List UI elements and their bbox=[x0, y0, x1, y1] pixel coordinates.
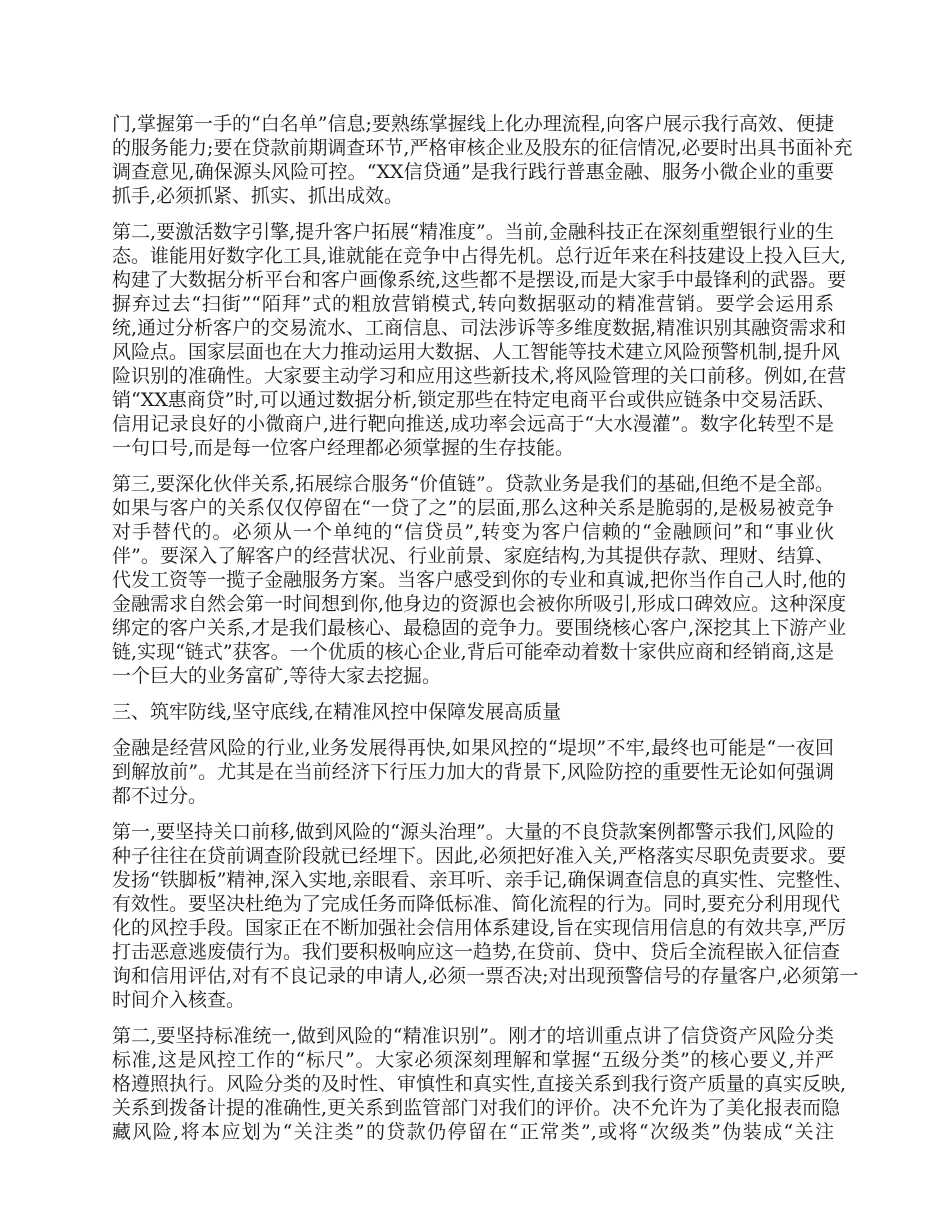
text-line: 第三,要深化伙伴关系,拓展综合服务“价值链”。贷款业务是我们的基础,但绝不是全部… bbox=[112, 472, 834, 496]
text-line: 如果与客户的关系仅仅停留在“一贷了之”的层面,那么这种关系是脆弱的,是极易被竞争 bbox=[112, 496, 834, 520]
body-paragraph: 金融是经营风险的行业,业务发展得再快,如果风控的“堤坝”不牢,最终也可能是“一夜… bbox=[112, 736, 834, 808]
text-line: 销“XX惠商贷”时,可以通过数据分析,锁定那些在特定电商平台或供应链条中交易活跃… bbox=[112, 388, 834, 412]
body-paragraph: 门,掌握第一手的“白名单”信息;要熟练掌握线上化办理流程,向客户展示我行高效、便… bbox=[112, 112, 834, 208]
text-line: 险识别的准确性。大家要主动学习和应用这些新技术,将风险管理的关口前移。例如,在营 bbox=[112, 364, 834, 388]
text-line: 关系到拨备计提的准确性,更关系到监管部门对我们的评价。决不允许为了美化报表而隐 bbox=[112, 1096, 834, 1120]
text-line: 抓手,必须抓紧、抓实、抓出成效。 bbox=[112, 184, 834, 208]
text-line: 一句口号,而是每一位客户经理都必须掌握的生存技能。 bbox=[112, 436, 834, 460]
text-line: 信用记录良好的小微商户,进行靶向推送,成功率会远高于“大水漫灌”。数字化转型不是 bbox=[112, 412, 834, 436]
text-line: 询和信用评估,对有不良记录的申请人,必须一票否决;对出现预警信号的存量客户,必须… bbox=[112, 964, 834, 988]
text-line: 一个巨大的业务富矿,等待大家去挖掘。 bbox=[112, 664, 834, 688]
text-line: 统,通过分析客户的交易流水、工商信息、司法涉诉等多维度数据,精准识别其融资需求和 bbox=[112, 316, 834, 340]
text-line: 发扬“铁脚板”精神,深入实地,亲眼看、亲耳听、亲手记,确保调查信息的真实性、完整… bbox=[112, 868, 834, 892]
text-line: 金融是经营风险的行业,业务发展得再快,如果风控的“堤坝”不牢,最终也可能是“一夜… bbox=[112, 736, 834, 760]
text-line: 化的风控手段。国家正在不断加强社会信用体系建设,旨在实现信用信息的有效共享,严厉 bbox=[112, 916, 834, 940]
text-line: 到解放前”。尤其是在当前经济下行压力加大的背景下,风险防控的重要性无论如何强调 bbox=[112, 760, 834, 784]
text-line: 构建了大数据分析平台和客户画像系统,这些都不是摆设,而是大家手中最锋利的武器。要 bbox=[112, 268, 834, 292]
text-line: 链,实现“链式”获客。一个优质的核心企业,背后可能牵动着数十家供应商和经销商,这… bbox=[112, 640, 834, 664]
body-paragraph: 第三,要深化伙伴关系,拓展综合服务“价值链”。贷款业务是我们的基础,但绝不是全部… bbox=[112, 472, 834, 688]
text-line: 三、筑牢防线,坚守底线,在精准风控中保障发展高质量 bbox=[112, 700, 834, 724]
text-line: 门,掌握第一手的“白名单”信息;要熟练掌握线上化办理流程,向客户展示我行高效、便… bbox=[112, 112, 834, 136]
text-line: 调查意见,确保源头风险可控。“XX信贷通”是我行践行普惠金融、服务小微企业的重要 bbox=[112, 160, 834, 184]
body-paragraph: 第一,要坚持关口前移,做到风险的“源头治理”。大量的不良贷款案例都警示我们,风险… bbox=[112, 820, 834, 1012]
body-paragraph: 第二,要坚持标准统一,做到风险的“精准识别”。刚才的培训重点讲了信贷资产风险分类… bbox=[112, 1024, 834, 1144]
text-line: 有效性。要坚决杜绝为了完成任务而降低标准、简化流程的行为。同时,要充分利用现代 bbox=[112, 892, 834, 916]
body-paragraph: 第二,要激活数字引擎,提升客户拓展“精准度”。当前,金融科技正在深刻重塑银行业的… bbox=[112, 220, 834, 460]
text-line: 代发工资等一揽子金融服务方案。当客户感受到你的专业和真诚,把你当作自己人时,他的 bbox=[112, 568, 834, 592]
text-line: 藏风险,将本应划为“关注类”的贷款仍停留在“正常类”,或将“次级类”伪装成“关注 bbox=[112, 1120, 834, 1144]
text-line: 第一,要坚持关口前移,做到风险的“源头治理”。大量的不良贷款案例都警示我们,风险… bbox=[112, 820, 834, 844]
text-line: 第二,要坚持标准统一,做到风险的“精准识别”。刚才的培训重点讲了信贷资产风险分类 bbox=[112, 1024, 834, 1048]
text-line: 态。谁能用好数字化工具,谁就能在竞争中占得先机。总行近年来在科技建设上投入巨大, bbox=[112, 244, 834, 268]
text-line: 的服务能力;要在贷款前期调查环节,严格审核企业及股东的征信情况,必要时出具书面补… bbox=[112, 136, 834, 160]
text-line: 时间介入核查。 bbox=[112, 988, 834, 1012]
text-line: 第二,要激活数字引擎,提升客户拓展“精准度”。当前,金融科技正在深刻重塑银行业的… bbox=[112, 220, 834, 244]
text-line: 对手替代的。必须从一个单纯的“信贷员”,转变为客户信赖的“金融顾问”和“事业伙 bbox=[112, 520, 834, 544]
document-page: 门,掌握第一手的“白名单”信息;要熟练掌握线上化办理流程,向客户展示我行高效、便… bbox=[112, 112, 834, 1156]
text-line: 打击恶意逃废债行为。我们要积极响应这一趋势,在贷前、贷中、贷后全流程嵌入征信查 bbox=[112, 940, 834, 964]
text-line: 种子往往在贷前调查阶段就已经埋下。因此,必须把好准入关,严格落实尽职免责要求。要 bbox=[112, 844, 834, 868]
text-line: 绑定的客户关系,才是我们最核心、最稳固的竞争力。要围绕核心客户,深挖其上下游产业 bbox=[112, 616, 834, 640]
text-line: 金融需求自然会第一时间想到你,他身边的资源也会被你所吸引,形成口碑效应。这种深度 bbox=[112, 592, 834, 616]
text-line: 伴”。要深入了解客户的经营状况、行业前景、家庭结构,为其提供存款、理财、结算、 bbox=[112, 544, 834, 568]
text-line: 风险点。国家层面也在大力推动运用大数据、人工智能等技术建立风险预警机制,提升风 bbox=[112, 340, 834, 364]
text-line: 摒弃过去“扫街”“陌拜”式的粗放营销模式,转向数据驱动的精准营销。要学会运用系 bbox=[112, 292, 834, 316]
text-line: 标准,这是风控工作的“标尺”。大家必须深刻理解和掌握“五级分类”的核心要义,并严 bbox=[112, 1048, 834, 1072]
section-heading: 三、筑牢防线,坚守底线,在精准风控中保障发展高质量 bbox=[112, 700, 834, 724]
text-line: 格遵照执行。风险分类的及时性、审慎性和真实性,直接关系到我行资产质量的真实反映, bbox=[112, 1072, 834, 1096]
text-line: 都不过分。 bbox=[112, 784, 834, 808]
